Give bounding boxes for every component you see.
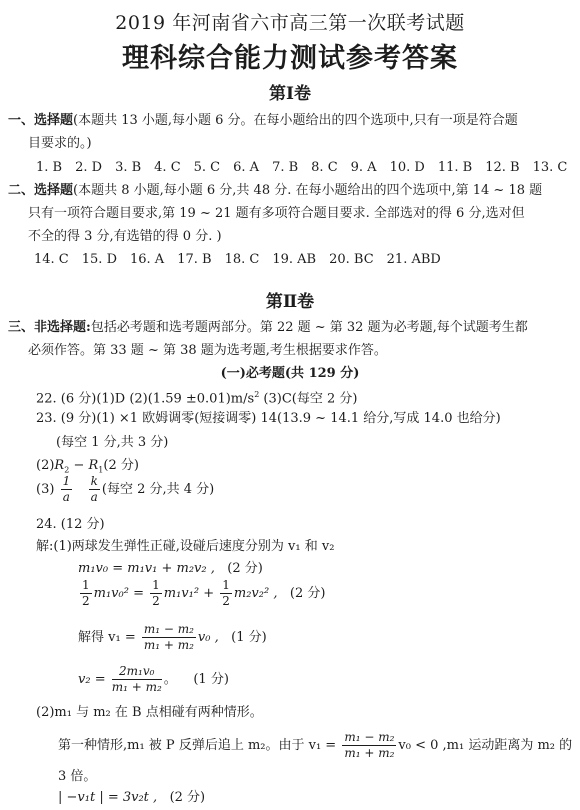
section1-label: 一、选择题 [8, 113, 73, 128]
answer-item: 6. A [233, 160, 259, 175]
q24-solution-intro: 解:(1)两球发生弹性正碰,设碰后速度分别为 v₁ 和 v₂ [36, 537, 334, 557]
section3-subheading: (一)必考题(共 129 分) [0, 364, 580, 384]
q24-eq1: m₁v₀ = m₁v₁ + m₂v₂ , (2 分) [78, 559, 263, 579]
doc-title-line2: 理科综合能力测试参考答案 [0, 36, 580, 75]
answer-item: 7. B [272, 160, 298, 175]
q24-case1-line2: 3 倍。 [58, 767, 96, 787]
answer-item: 18. C [225, 252, 260, 267]
answer-item: 1. B [36, 160, 62, 175]
section2-label: 二、选择题 [8, 183, 73, 198]
section3-label: 三、非选择题: [8, 320, 91, 335]
answer-item: 2. D [75, 160, 102, 175]
answer-item: 19. AB [272, 252, 316, 267]
answer-item: 9. A [351, 160, 377, 175]
q24-eq4: v₂ = 2m₁v₀m₁ + m₂。 (1 分) [78, 664, 229, 695]
answer-item: 3. B [115, 160, 141, 175]
q24-case1: 第一种情形,m₁ 被 P 反弹后追上 m₂。由于 v₁ = m₁ − m₂m₁ … [58, 730, 572, 761]
section2-answers: 14. C15. D16. A17. B18. C19. AB20. BC21.… [34, 250, 454, 270]
answer-item: 21. ABD [387, 252, 441, 267]
section1-desc-line1: 一、选择题(本题共 13 小题,每小题 6 分。在每小题给出的四个选项中,只有一… [8, 111, 518, 131]
q23-line2: (每空 1 分,共 3 分) [56, 433, 168, 453]
volume1-heading: 第Ⅰ卷 [0, 79, 580, 104]
fraction: 1a [61, 474, 73, 505]
answer-item: 15. D [82, 252, 117, 267]
answer-item: 11. B [438, 160, 472, 175]
answer-item: 13. C [533, 160, 568, 175]
q24-part2-intro: (2)m₁ 与 m₂ 在 B 点相碰有两种情形。 [36, 703, 263, 723]
q24-eq5: | −v₁t | = 3v₂t , (2 分) [58, 788, 205, 808]
q24-heading: 24. (12 分) [36, 515, 105, 535]
answer-item: 17. B [177, 252, 211, 267]
answer-item: 12. B [485, 160, 519, 175]
fraction: ka [89, 474, 100, 505]
answer-item: 20. BC [329, 252, 374, 267]
section2-desc-line1: 二、选择题(本题共 8 小题,每小题 6 分,共 48 分. 在每小题给出的四个… [8, 181, 542, 201]
q22-answer: 22. (6 分)(1)D (2)(1.59 ±0.01)m/s2 (3)C(每… [36, 385, 357, 409]
section1-desc-line2: 目要求的。) [28, 134, 92, 154]
q24-eq3: 解得 v₁ = m₁ − m₂m₁ + m₂v₀ , (1 分) [78, 622, 267, 653]
answer-item: 14. C [34, 252, 69, 267]
answer-item: 10. D [390, 160, 425, 175]
answer-item: 8. C [311, 160, 337, 175]
answer-item: 5. C [194, 160, 220, 175]
volume2-heading: 第Ⅱ卷 [0, 287, 580, 312]
answer-item: 4. C [154, 160, 180, 175]
section2-desc-line3: 不全的得 3 分,有选错的得 0 分. ) [28, 227, 222, 247]
doc-title-line1: 2019 年河南省六市高三第一次联考试题 [0, 8, 580, 35]
section1-answers: 1. B2. D3. B4. C5. C6. A7. B8. C9. A10. … [36, 158, 580, 178]
q24-eq2: 12m₁v₀² = 12m₁v₁² + 12m₂v₂² , (2 分) [78, 578, 325, 609]
answer-item: 16. A [130, 252, 164, 267]
section2-desc-line2: 只有一项符合题目要求,第 19 ~ 21 题有多项符合题目要求. 全部选对的得 … [28, 204, 525, 224]
section3-desc-line1: 三、非选择题:包括必考题和选考题两部分。第 22 题 ~ 第 32 题为必考题,… [8, 318, 528, 338]
section3-desc-line2: 必须作答。第 33 题 ~ 第 38 题为选考题,考生根据要求作答。 [28, 341, 387, 361]
q23-line1: 23. (9 分)(1) ×1 欧姆调零(短接调零) 14(13.9 ~ 14.… [36, 409, 501, 429]
q23-part3: (3) 1a ka(每空 2 分,共 4 分) [36, 474, 214, 505]
